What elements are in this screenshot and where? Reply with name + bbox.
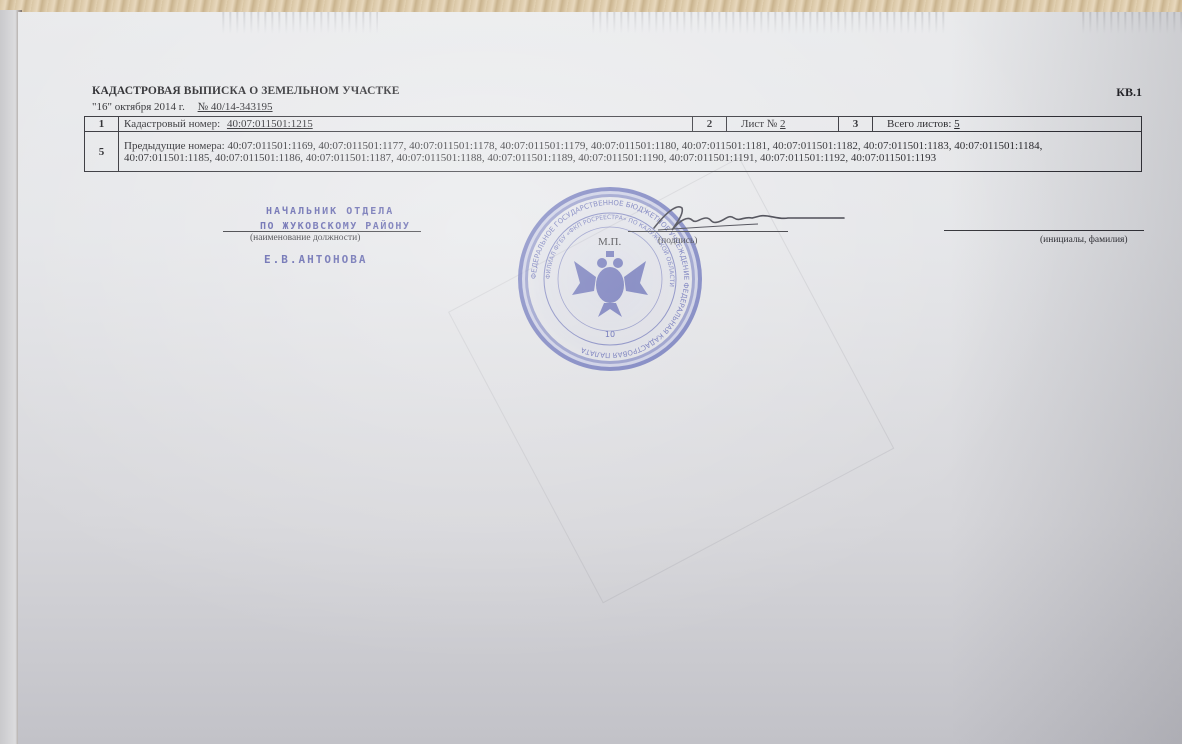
previous-numbers-list: 40:07:011501:1169, 40:07:011501:1177, 40…	[124, 140, 1042, 164]
issue-date: "16" октября 2014 г.	[92, 101, 185, 113]
extract-number: № 40/14-343195	[198, 101, 273, 113]
previous-numbers-label: Предыдущие номера:	[124, 140, 225, 152]
position-line	[223, 231, 421, 232]
total-sheets-value: 5	[954, 118, 960, 130]
form-code: КВ.1	[1116, 85, 1142, 100]
position-stamp-line1: НАЧАЛЬНИК ОТДЕЛА	[266, 206, 394, 217]
header-table: 1 Кадастровый номер: 40:07:011501:1215 2…	[84, 116, 1142, 172]
sheet-number-label: Лист №	[741, 118, 777, 130]
document-title: КАДАСТРОВАЯ ВЫПИСКА О ЗЕМЕЛЬНОМ УЧАСТКЕ	[92, 85, 400, 97]
field-number: 5	[85, 132, 119, 172]
position-caption: (наименование должности)	[250, 233, 360, 243]
cadastral-number-label: Кадастровый номер:	[124, 118, 220, 130]
field-number: 1	[85, 117, 119, 132]
show-through-text	[1078, 12, 1182, 34]
seal-label: М.П.	[598, 236, 621, 248]
previous-numbers-cell: Предыдущие номера: 40:07:011501:1169, 40…	[119, 132, 1142, 172]
table-row: 5 Предыдущие номера: 40:07:011501:1169, …	[85, 132, 1142, 172]
field-number: 2	[693, 117, 727, 132]
table-row: 1 Кадастровый номер: 40:07:011501:1215 2…	[85, 117, 1142, 132]
signature-line	[628, 231, 788, 232]
initials-caption: (инициалы, фамилия)	[1040, 235, 1128, 245]
show-through-text	[588, 12, 948, 34]
svg-text:10: 10	[605, 330, 615, 339]
sheet-number-value: 2	[780, 118, 786, 130]
initials-line	[944, 230, 1144, 231]
total-sheets-label: Всего листов:	[887, 118, 951, 130]
handwritten-signature-icon	[648, 200, 848, 240]
issue-date-line: "16" октября 2014 г. № 40/14-343195	[92, 101, 273, 113]
total-sheets-cell: Всего листов: 5	[873, 117, 1142, 132]
document-page: КАДАСТРОВАЯ ВЫПИСКА О ЗЕМЕЛЬНОМ УЧАСТКЕ …	[18, 12, 1182, 744]
cadastral-number-cell: Кадастровый номер: 40:07:011501:1215	[119, 117, 693, 132]
field-number: 3	[839, 117, 873, 132]
sheet-number-cell: Лист № 2	[727, 117, 839, 132]
name-stamp: Е.В.АНТОНОВА	[264, 253, 367, 266]
show-through-text	[218, 12, 378, 34]
cadastral-number-value: 40:07:011501:1215	[227, 118, 313, 130]
signature-caption: (подпись)	[658, 236, 697, 246]
